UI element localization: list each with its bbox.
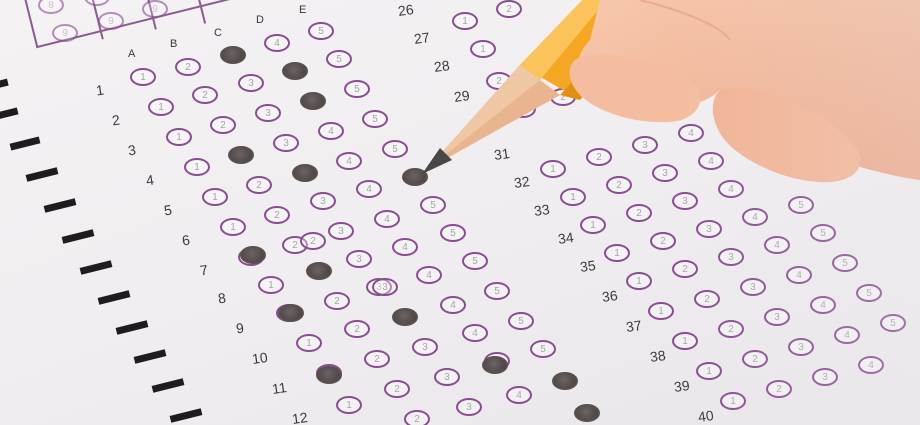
answer-sheet-photo: 9 9 9 8 8 A B C D E xyxy=(0,0,920,425)
depth-of-field-blur xyxy=(680,0,920,425)
